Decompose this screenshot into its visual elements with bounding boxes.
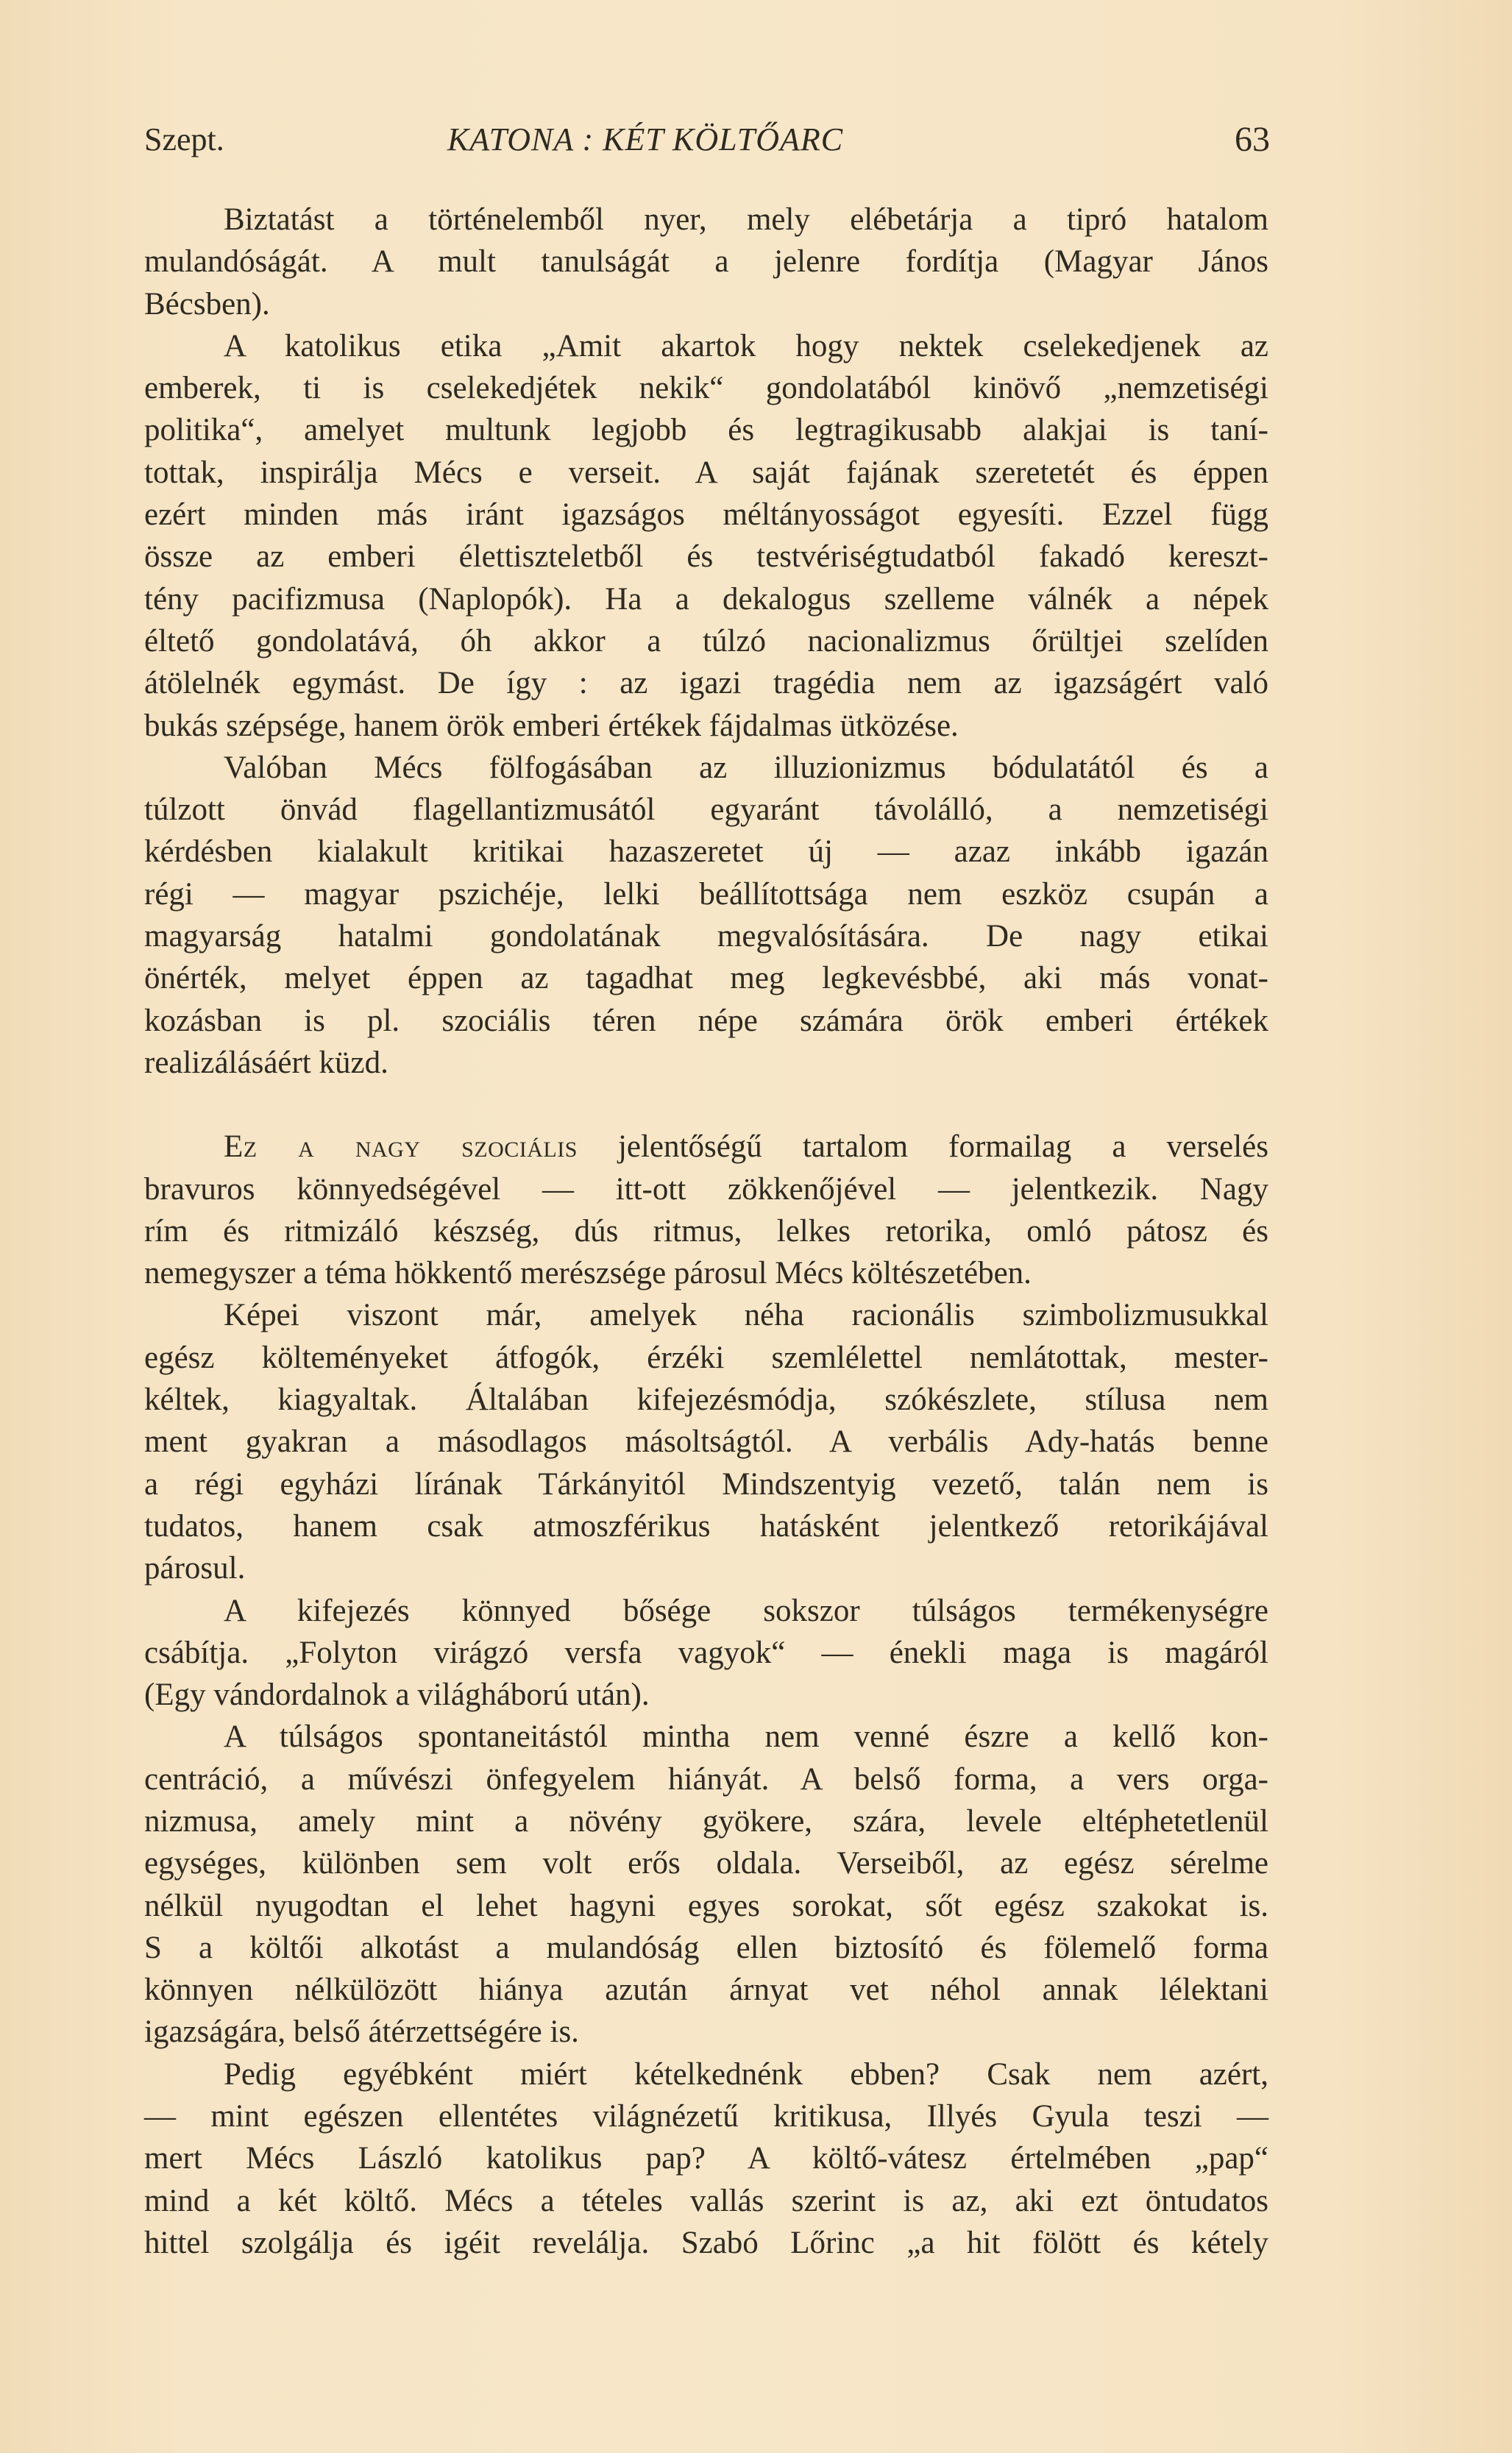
text-line: rím és ritmizáló készség, dús ritmus, le… xyxy=(144,1210,1268,1252)
text-line: egységes, különben sem volt erős oldala.… xyxy=(144,1842,1268,1884)
text-line: össze az emberi élettiszteletből és test… xyxy=(144,536,1268,578)
paragraph: Képei viszont már, amelyek néha racionál… xyxy=(144,1294,1268,1589)
text-line: realizálásáért küzd. xyxy=(144,1042,1268,1084)
book-page: Szept. KATONA : KÉT KÖLTŐARC 63 Biztatás… xyxy=(0,0,1512,2453)
text-line: emberek, ti is cselekedjétek nekik“ gond… xyxy=(144,367,1268,409)
text-line: hittel szolgálja és igéit revelálja. Sza… xyxy=(144,2222,1268,2264)
paragraph: A katolikus etika „Amit akartok hogy nek… xyxy=(144,325,1268,747)
text-line: A túlságos spontaneitástól mintha nem ve… xyxy=(144,1716,1268,1758)
text-line: mind a két költő. Mécs a tételes vallás … xyxy=(144,2180,1268,2222)
paragraph: A kifejezés könnyed bősége sokszor túlsá… xyxy=(144,1590,1268,1717)
text-line: csábítja. „Folyton virágzó versfa vagyok… xyxy=(144,1632,1268,1674)
text-line: nemegyszer a téma hökkentő merészsége pá… xyxy=(144,1252,1268,1294)
text-line: egész költeményeket átfogók, érzéki szem… xyxy=(144,1337,1268,1379)
text-line: régi — magyar pszichéje, lelki beállítot… xyxy=(144,873,1268,915)
text-line: mulandóságát. A mult tanulságát a jelenr… xyxy=(144,241,1268,283)
page-number: 63 xyxy=(1235,118,1270,162)
text-line: Bécsben). xyxy=(144,283,1268,325)
text-line: túlzott önvád flagellantizmusától egyará… xyxy=(144,789,1268,831)
text-line: tudatos, hanem csak atmoszférikus hatásk… xyxy=(144,1505,1268,1547)
smallcaps-lead: Ez a nagy szociális xyxy=(224,1129,578,1164)
text-line: igazságára, belső átérzettségére is. xyxy=(144,2011,1268,2053)
text-line: nizmusa, amely mint a növény gyökere, sz… xyxy=(144,1800,1268,1842)
text-line: Biztatást a történelemből nyer, mely elé… xyxy=(144,199,1268,241)
text-line: Ez a nagy szociális jelentőségű tartalom… xyxy=(144,1126,1268,1168)
text-line: nélkül nyugodtan el lehet hagyni egyes s… xyxy=(144,1885,1268,1927)
text-line: politika“, amelyet multunk legjobb és le… xyxy=(144,409,1268,451)
text-line-rest: jelentőségű tartalom formailag a verselé… xyxy=(578,1129,1268,1164)
paragraph: Valóban Mécs fölfogásában az illuzionizm… xyxy=(144,747,1268,1084)
text-line: centráció, a művészi önfegyelem hiányát.… xyxy=(144,1758,1268,1800)
running-head-month: Szept. xyxy=(144,118,224,162)
running-head: Szept. KATONA : KÉT KÖLTŐARC 63 xyxy=(144,118,1270,162)
text-line: önérték, melyet éppen az tagadhat meg le… xyxy=(144,957,1268,999)
text-line: bravuros könnyedségével — itt-ott zökken… xyxy=(144,1168,1268,1210)
text-line: mert Mécs László katolikus pap? A költő-… xyxy=(144,2137,1268,2179)
text-line: kozásban is pl. szociális téren népe szá… xyxy=(144,1000,1268,1042)
text-line: könnyen nélkülözött hiánya azután árnyat… xyxy=(144,1969,1268,2011)
text-line: Pedig egyébként miért kételkednénk ebben… xyxy=(144,2053,1268,2095)
text-line: tottak, inspirálja Mécs e verseit. A saj… xyxy=(144,452,1268,494)
body-text: Biztatást a történelemből nyer, mely elé… xyxy=(144,199,1268,2264)
text-line: a régi egyházi lírának Tárkányitól Minds… xyxy=(144,1463,1268,1505)
text-line: párosul. xyxy=(144,1547,1268,1589)
text-line: tény pacifizmusa (Naplopók). Ha a dekalo… xyxy=(144,578,1268,620)
paragraph: A túlságos spontaneitástól mintha nem ve… xyxy=(144,1716,1268,2053)
text-line: A katolikus etika „Amit akartok hogy nek… xyxy=(144,325,1268,367)
text-line: ezért minden más iránt igazságos méltány… xyxy=(144,494,1268,536)
text-line: S a költői alkotást a mulandóság ellen b… xyxy=(144,1927,1268,1969)
text-line: kérdésben kialakult kritikai hazaszerete… xyxy=(144,831,1268,873)
paragraph: Biztatást a történelemből nyer, mely elé… xyxy=(144,199,1268,325)
paragraph: Pedig egyébként miért kételkednénk ebben… xyxy=(144,2053,1268,2264)
text-line: magyarság hatalmi gondolatának megvalósí… xyxy=(144,915,1268,957)
text-line: — mint egészen ellentétes világnézetű kr… xyxy=(144,2095,1268,2137)
running-head-title: KATONA : KÉT KÖLTŐARC xyxy=(447,118,843,162)
text-line: bukás szépsége, hanem örök emberi értéke… xyxy=(144,705,1268,747)
text-line: Képei viszont már, amelyek néha racionál… xyxy=(144,1294,1268,1336)
text-line: ment gyakran a másodlagos másoltságtól. … xyxy=(144,1421,1268,1463)
section-paragraph: Ez a nagy szociális jelentőségű tartalom… xyxy=(144,1126,1268,1294)
text-line: kéltek, kiagyaltak. Általában kifejezésm… xyxy=(144,1379,1268,1421)
text-line: Valóban Mécs fölfogásában az illuzionizm… xyxy=(144,747,1268,789)
text-line: (Egy vándordalnok a világháború után). xyxy=(144,1674,1268,1716)
text-line: átölelnék egymást. De így : az igazi tra… xyxy=(144,662,1268,704)
text-line: éltető gondolatává, óh akkor a túlzó nac… xyxy=(144,620,1268,662)
text-line: A kifejezés könnyed bősége sokszor túlsá… xyxy=(144,1590,1268,1632)
